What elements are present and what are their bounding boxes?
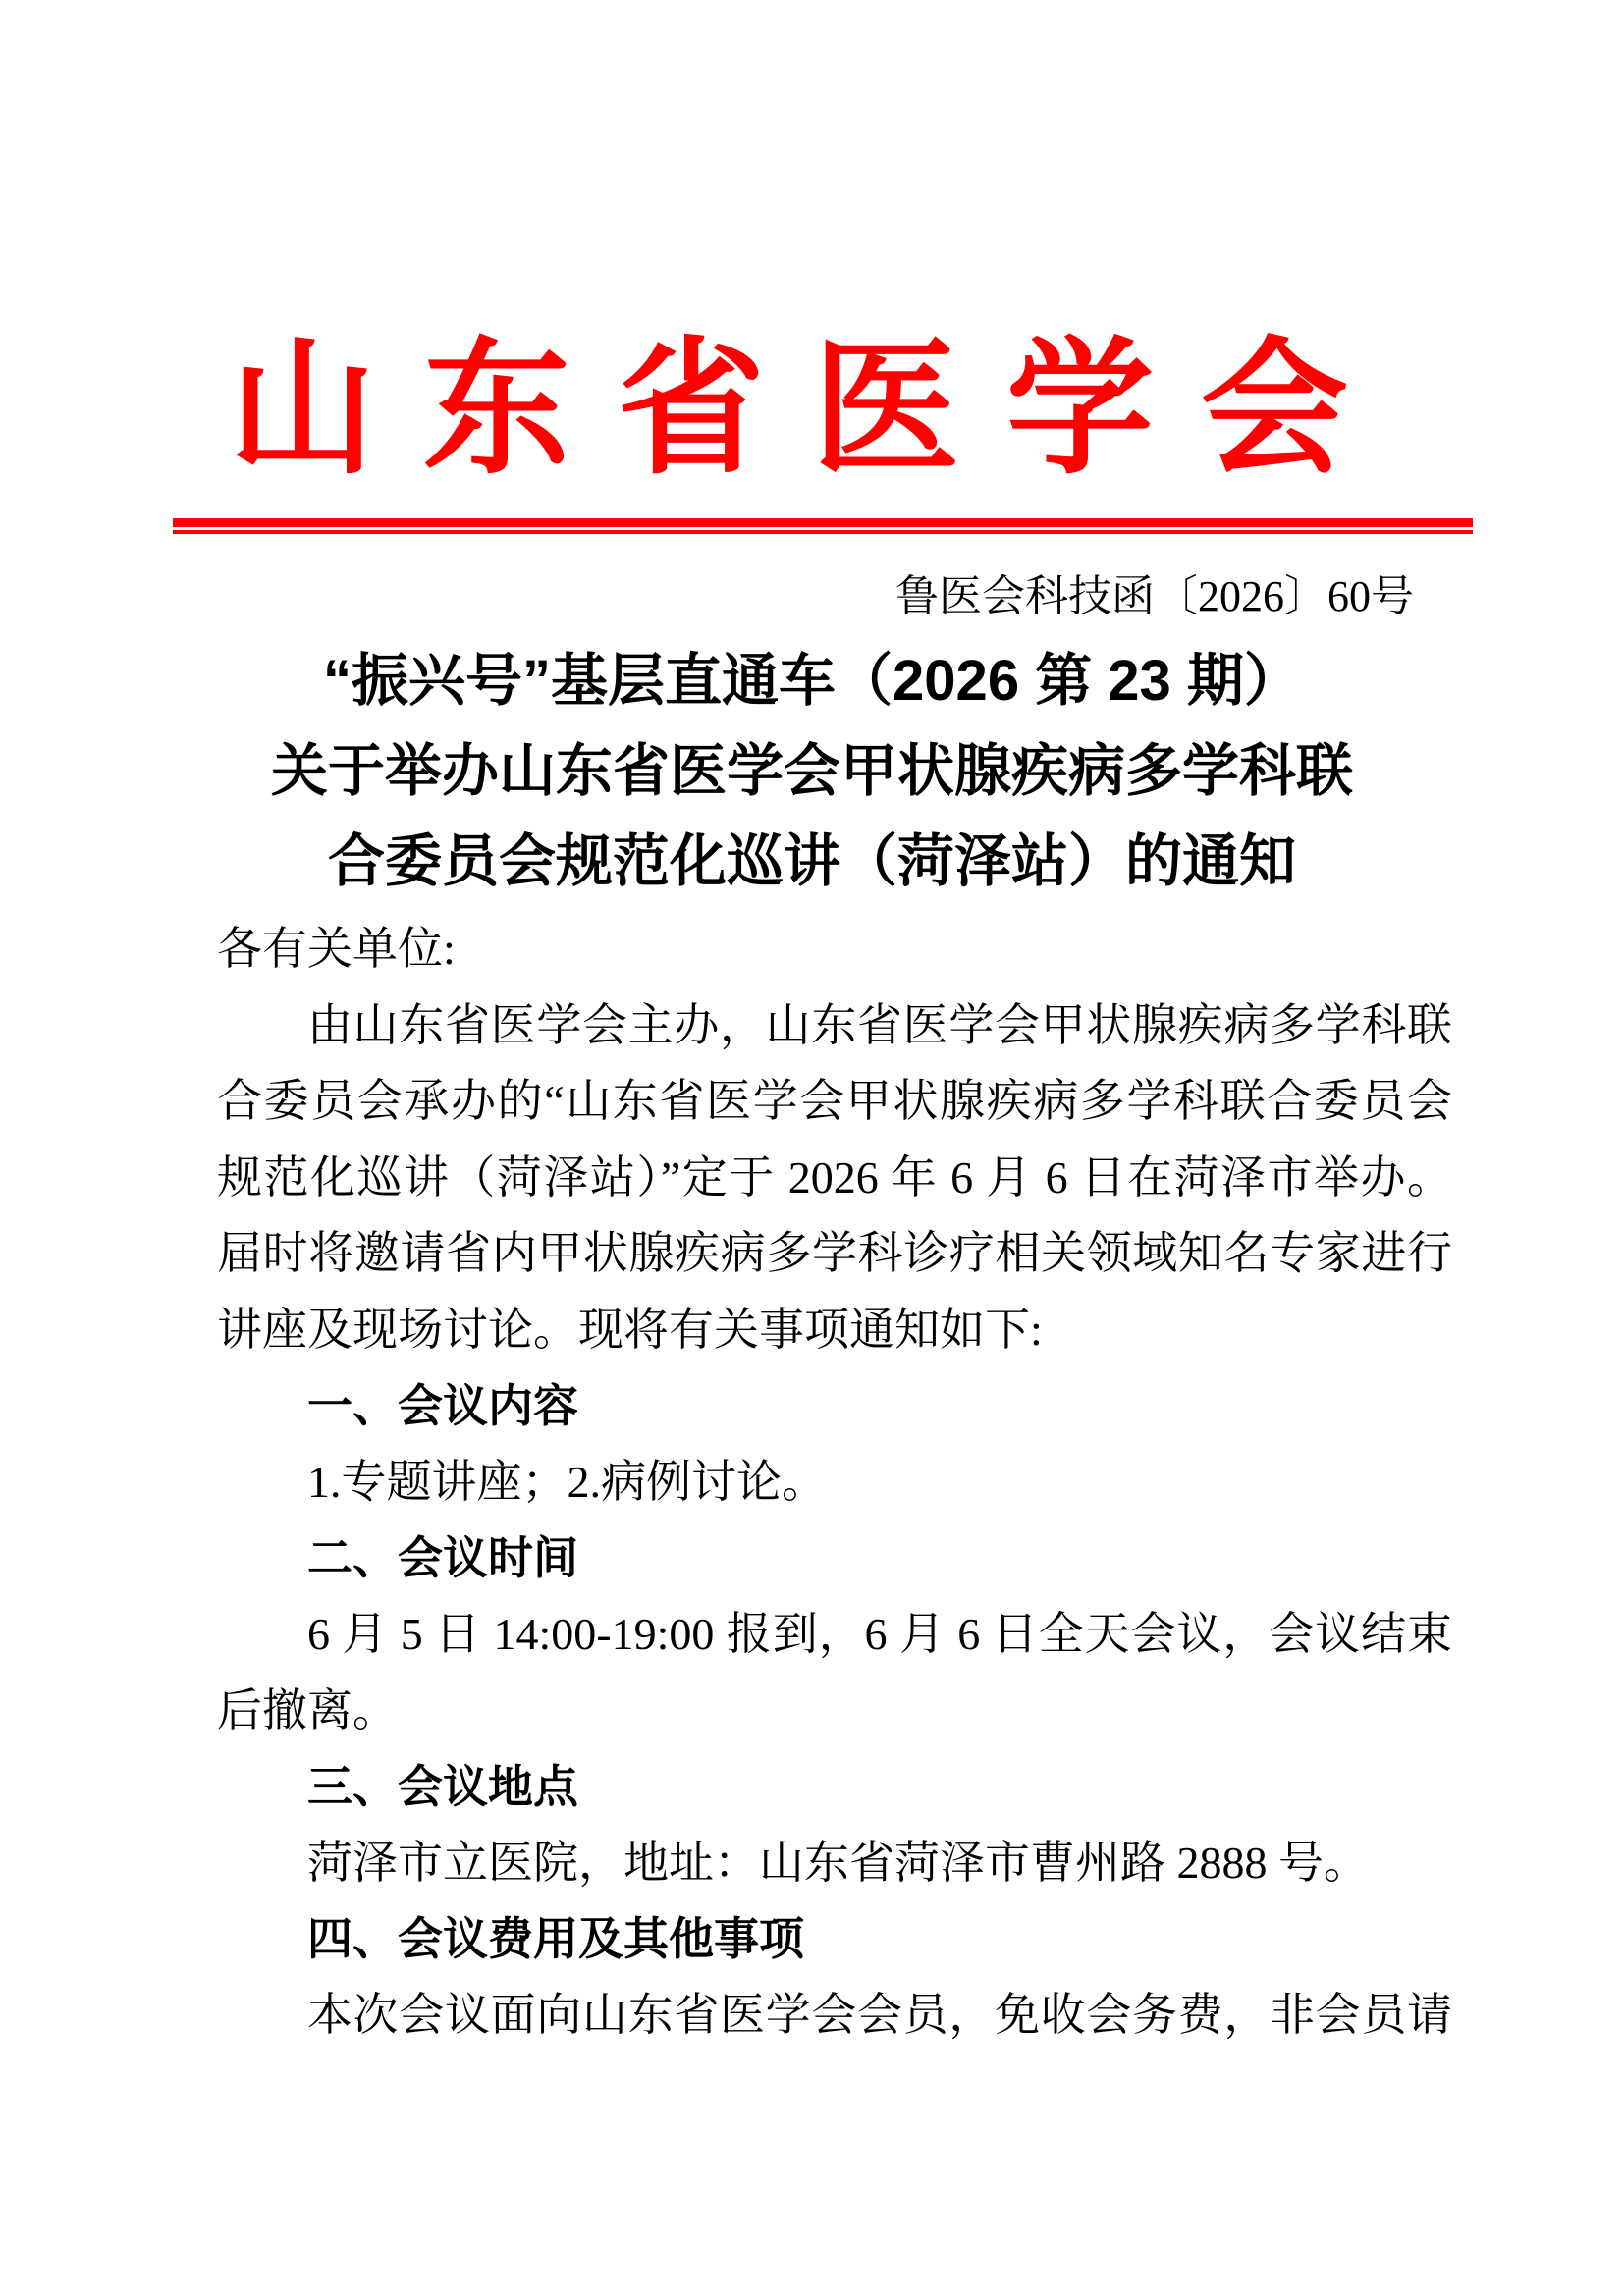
body-line: 1.专题讲座；2.病例讨论。 <box>217 1444 1452 1521</box>
body-line: 由山东省医学会主办，山东省医学会甲状腺疾病多学科联 <box>217 988 1452 1064</box>
body-line: 合委员会承办的“山东省医学会甲状腺疾病多学科联合委员会 <box>217 1063 1452 1140</box>
body-line: 菏泽市立医院，地址：山东省菏泽市曹州路 2888 号。 <box>217 1825 1452 1901</box>
document-body: 各有关单位: 由山东省医学会主办，山东省医学会甲状腺疾病多学科联 合委员会承办的… <box>217 911 1452 2054</box>
document-title: “振兴号”基层直通车（2026 第 23 期） 关于举办山东省医学会甲状腺疾病多… <box>0 636 1624 907</box>
notice-document-page: 山东省医学会 鲁医会科技函〔2026〕60号 “振兴号”基层直通车（2026 第… <box>0 0 1624 2296</box>
red-divider-rule <box>173 518 1473 534</box>
document-title-line-1: “振兴号”基层直通车（2026 第 23 期） <box>0 636 1624 726</box>
body-line: 后撤离。 <box>217 1673 1452 1749</box>
document-title-line-3: 合委员会规范化巡讲（菏泽站）的通知 <box>0 817 1624 907</box>
section-heading-4: 四、会议费用及其他事项 <box>217 1901 1452 1978</box>
section-heading-2: 二、会议时间 <box>217 1521 1452 1597</box>
body-line: 届时将邀请省内甲状腺疾病多学科诊疗相关领域知名专家进行 <box>217 1215 1452 1292</box>
section-heading-3: 三、会议地点 <box>217 1749 1452 1826</box>
organization-masthead: 山东省医学会 <box>0 332 1624 489</box>
salutation: 各有关单位: <box>217 911 1452 988</box>
document-reference-number: 鲁医会科技函〔2026〕60号 <box>895 573 1414 620</box>
document-title-line-2: 关于举办山东省医学会甲状腺疾病多学科联 <box>0 726 1624 817</box>
body-line: 讲座及现场讨论。现将有关事项通知如下: <box>217 1292 1452 1368</box>
section-heading-1: 一、会议内容 <box>217 1368 1452 1445</box>
body-line: 本次会议面向山东省医学会会员，免收会务费，非会员请 <box>217 1977 1452 2054</box>
body-line: 规范化巡讲（菏泽站）”定于 2026 年 6 月 6 日在菏泽市举办。 <box>217 1140 1452 1216</box>
body-line: 6 月 5 日 14:00-19:00 报到，6 月 6 日全天会议，会议结束 <box>217 1596 1452 1673</box>
